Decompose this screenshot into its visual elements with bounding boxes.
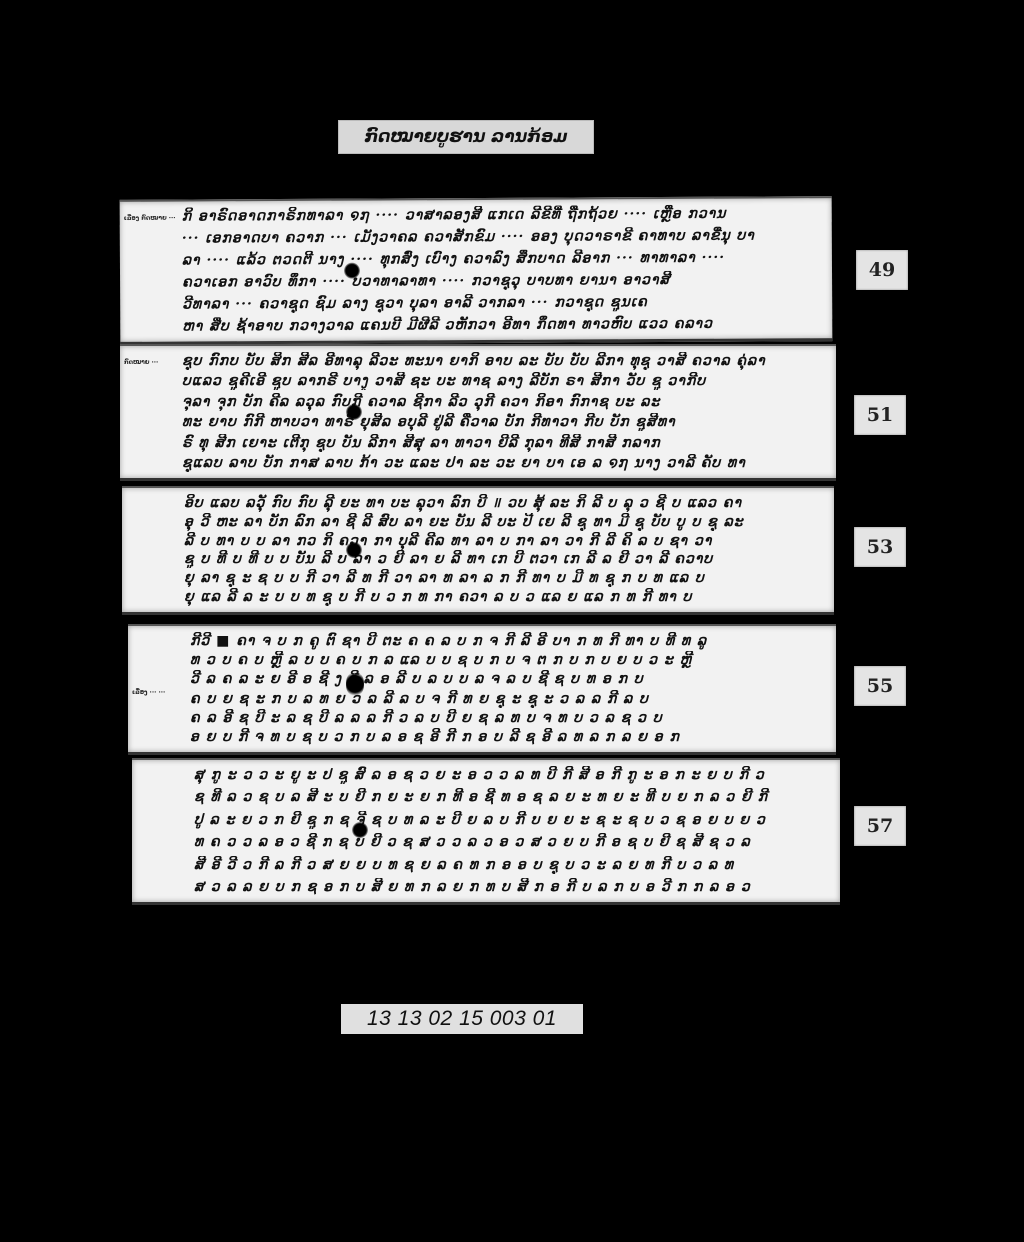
script-line: ຍຸ ແລ ລີ ລ ະ ບ ບ ທ ຊຸ ບ ກີ ບ ວ ກ ທ ກາ ຄວ… [184,588,822,606]
script-line: ຊຸແລບ ລາບ ບັກ ກາສ ລາບ ກ້າ ວະ ແລະ ປາ ລະ ວ… [182,454,824,472]
binding-hole-icon [352,822,368,838]
script-line: ຄ ລ ອີ ຊ ບີ ະ ລ ຊ ບີ ລ ລ ລ ກີ ວ ລ ບ ບີ ຍ… [190,709,824,727]
script-line: ລີ ບ ທາ ບ ບ ລາ ກວ ກິ ຄວາ ກາ ບຸລີ ຄີລ ທາ … [184,532,822,550]
binding-hole-icon [346,542,362,558]
script-line: ຊູ ບ ທີ ບ ທີ ບ ບ ບັນ ລີ ບ ລາ ວ ຍີ ລາ ຍ ລ… [184,550,822,568]
script-line: ຈຸລາ ຈຸກ ບັກ ຄີລ ລວຸລ ກົບກີ ຄວາລ ຊີກາ ລີ… [182,393,824,411]
script-line: ສຸ ກູ ະ ວ ວ ະ ຍູ ະ ປ ຊູ ສົ ລ ອ ຊ ວ ຍ ະ ອ… [194,766,828,784]
record-id-label: 13 13 02 15 003 01 [341,1004,583,1034]
script-line: ຊ ທີ ລ ວ ຊ ບ ລ ສີ ະ ບ ຍີ ກ ຍ ະ ຍ ກ ທີ ອ … [194,788,828,806]
leaf-margin-note: ເລື່ອງ ກົດໝາຍ ··· [124,214,176,223]
page-number-label: 51 [854,395,906,435]
palm-leaf-page: ສຸ ກູ ະ ວ ວ ະ ຍູ ະ ປ ຊູ ສົ ລ ອ ຊ ວ ຍ ະ ອ… [132,758,840,905]
script-line: ຄ ບ ຍ ຊ ະ ກ ບ ລ ທ ຍ ວ ລ ລີ ລ ບ ຈ ກີ ທ ຍ … [190,690,824,708]
script-line: ຣົ ທຸ ສີກ ເຍາະ ເຕີກຸ ຊຸບ ບັນ ລີກາ ສີສຸ ລ… [182,434,824,452]
palm-leaf-page: ເລື່ອງ ··· ··· ກີວີ ■ ຄາ ຈ ບ ກ ຄູ ຕົ ຊາ … [128,624,836,755]
script-line: ຊຸບ ກົກບ ບັບ ສິກ ສີລ ອີທາລຸ ລີວະ ທະນາ ຍາ… [182,352,824,370]
script-line: ອຸ ວີ ຫະ ລາ ບັກ ລົກ ລາ ຊີ ລີ ສົບ ລາ ຍະ ບ… [184,513,822,531]
script-line: ທ ວ ບ ຄ ບ ຫຼີ ລ ບ ບ ຄ ບ ກ ລ ແລ ບ ບ ຊ ບ ກ… [190,651,824,669]
script-line: ທະ ຍາບ ກົກີ ຫາບວາ ທາຣີ ຍຸສີລ ອບຸລີ ຢູ່ລີ… [182,413,824,431]
script-line: ··· ເອກອາດບາ ຄວາກ ··· ເມັງວາຄລ ຄວາສັກຂົມ… [182,226,820,247]
script-line: ຍຸ ລາ ຊຸ ະ ຊ ບ ບ ກີ ວາ ລີ ທ ກີ ວາ ລາ ທ ລ… [184,569,822,587]
script-line: ລາ ···· ແລ້ວ ຕວດຕີ ນາງ ···· ທຸກສົ່ງ ເບົາ… [182,248,820,269]
palm-leaf-page: ກົດໝາຍ ··· ຊຸບ ກົກບ ບັບ ສິກ ສີລ ອີທາລຸ ລ… [120,344,836,481]
script-line: ສ ວ ລ ລ ຍ ບ ກ ຊ ອ ກ ບ ສີ ຍ ທ ກ ລ ຍ ກ ທ ບ… [194,878,828,896]
page-number-label: 49 [856,250,908,290]
script-line: ວີ ລ ຄ ລ ະ ຍ ອີ ອ ຊີ ງ ວີ ລ ອ ລີ ບ ລ ບ ບ… [190,670,824,688]
script-line: ສີ ອີ ວີ ວ ກີ ລ ກີ ວ ສ ຍ ຍ ບ ທ ຊ ຍ ລ ຄ ທ… [194,856,828,874]
script-line: ຄວາເອກ ອາວົບ ທຶກາ ···· ບວາທາລາທາ ···· ກວ… [182,270,820,291]
script-line: ຫາ ສືບ ຊ້າອາບ ກວາງວາລ ແຄນບີ ມີຜີລີ ວຫັກວ… [182,314,820,335]
binding-hole-icon [344,263,360,279]
script-line: ປູ ລ ະ ຍ ວ ກ ຍີ ຊູ ກ ຊ ຈີ ຊ ບ ທ ລ ະ ບີ ຍ… [194,811,828,829]
script-line: ທ ຄ ວ ວ ລ ອ ວ ຊີ ກ ຊ ບ ຍີ ວ ຊ ສ ວ ວ ລ ວ … [194,833,828,851]
palm-leaf-page: ເລື່ອງ ກົດໝາຍ ··· ກິ ອາຣົດອາດກາຣິກທາລາ ໑… [120,196,833,345]
page-number-label: 55 [854,666,906,706]
script-line: ອິບ ແລບ ລວັຸ ກົບ ກົບ ລີຸ ຍະ ທາ ບະ ລຸວາ ລ… [184,494,822,512]
script-line: ວີທາລາ ··· ຄວາຊຸດ ຊົມ ລາງ ຊຸວາ ບຸລາ ອາລີ… [182,292,820,313]
binding-hole-icon [346,404,362,420]
script-line: ບແລວ ຊູຄີເອີ ຊູບ ລາກຣີ ບາງູ ວາສີ ຊະ ບະ ທ… [182,372,824,390]
collection-title-label: ກົດໝາຍບູຮານ ລານກ້ອມ [338,120,594,154]
page-number-label: 53 [854,527,906,567]
script-line: ອ ຍ ບ ກີ ຈ ທ ບ ຊ ບ ວ ກ ບ ລ ອ ຊ ອີ ກີ ກ ອ… [190,728,824,746]
script-line: ກີວີ ■ ຄາ ຈ ບ ກ ຄູ ຕົ ຊາ ບີ ຕະ ຄ ຄ ລ ບ ກ… [190,632,824,650]
leaf-margin-note: ເລື່ອງ ··· ··· [132,688,184,697]
binding-hole-icon [346,672,364,696]
page-number-label: 57 [854,806,906,846]
script-line: ກິ ອາຣົດອາດກາຣິກທາລາ ໑໗ ···· ວາສາລອງສີ ແ… [182,204,820,225]
palm-leaf-page: ອິບ ແລບ ລວັຸ ກົບ ກົບ ລີຸ ຍະ ທາ ບະ ລຸວາ ລ… [122,486,834,615]
leaf-margin-note: ກົດໝາຍ ··· [124,358,176,367]
